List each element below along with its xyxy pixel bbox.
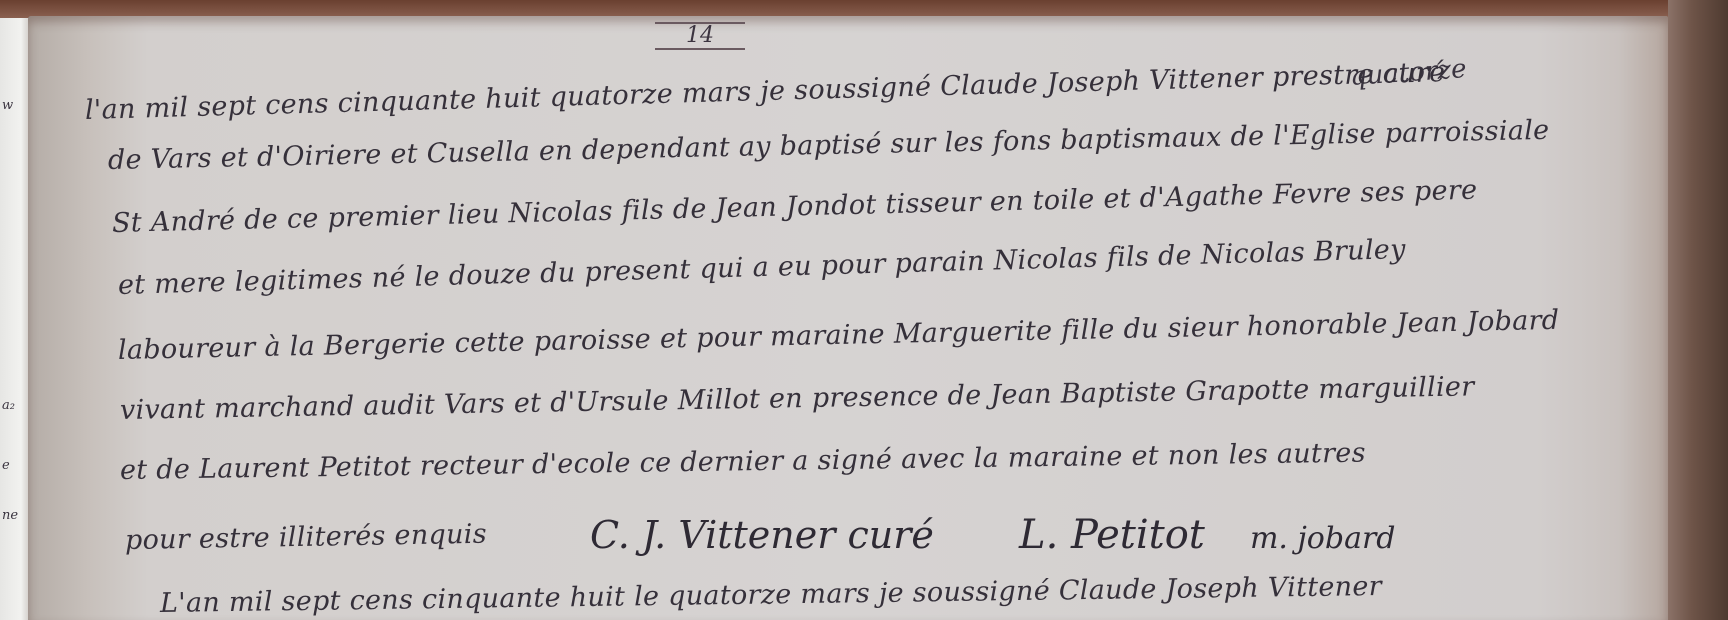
left-page-fragment: ne — [2, 508, 18, 523]
page-number: 14 — [655, 22, 745, 50]
left-page-fragment: w — [2, 98, 13, 113]
signature-witness: L. Petitot — [1019, 512, 1205, 558]
left-page-fragment: a₂ — [2, 398, 15, 413]
left-page-fragment: e — [2, 458, 10, 473]
book-binding-right — [1668, 0, 1728, 620]
signature-curate: C. J. Vittener curé — [590, 513, 934, 557]
signature-block: C. J. Vittener curé L. Petitot m. jobard — [590, 512, 1436, 558]
signature-godmother: m. jobard — [1250, 521, 1396, 556]
adjacent-page-edge: w a₂ e ne — [0, 18, 31, 620]
register-line-8: pour estre illiterés enquis — [125, 519, 487, 556]
